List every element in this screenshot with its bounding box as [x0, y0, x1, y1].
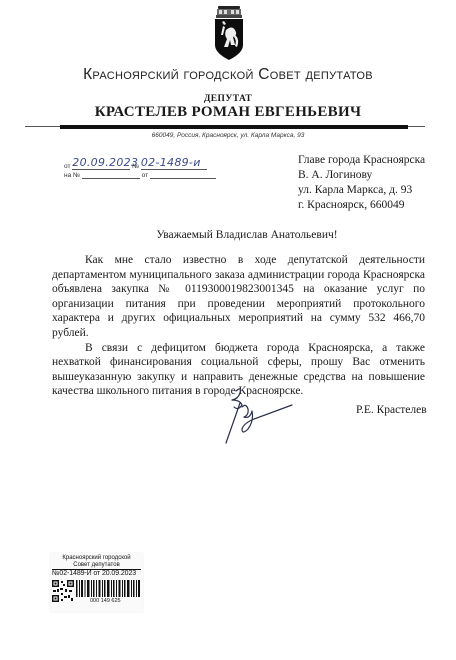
- from-label: от: [64, 163, 70, 170]
- deputy-name: КРАСТЕЛЕВ РОМАН ЕВГЕНЬЕВИЧ: [0, 104, 456, 121]
- header-divider-thick: [60, 125, 408, 129]
- signer-name: Р.Е. Крастелев: [356, 404, 427, 416]
- date-field: 20.09.2023: [72, 156, 130, 170]
- stamp-org-line: Совет депутатов: [50, 562, 143, 569]
- recipient-block: Главе города Красноярска В. А. Логинову …: [298, 153, 425, 213]
- reply-registration-line: на № от: [64, 170, 216, 179]
- stamp-registration-number: №02-1489-И от 20.09.2023: [52, 570, 136, 577]
- number-field: 02-1489-и: [141, 156, 207, 170]
- handwritten-date: 20.09.2023: [72, 156, 138, 169]
- recipient-line: В. А. Логинову: [298, 168, 425, 183]
- greeting: Уважаемый Владислав Анатольевич!: [0, 229, 456, 241]
- reply-date-field: [150, 170, 216, 179]
- signature-icon: [222, 385, 297, 447]
- paragraph: Как мне стало известно в ходе депутатско…: [52, 253, 425, 341]
- recipient-line: Главе города Красноярска: [298, 153, 425, 168]
- letter-body: Как мне стало известно в ходе депутатско…: [52, 253, 425, 399]
- stamp-org-line: Красноярский городской: [50, 555, 143, 562]
- reply-from-label: от: [142, 172, 148, 179]
- stamp-org: Красноярский городской Совет депутатов: [50, 555, 143, 569]
- recipient-line: г. Красноярск, 660049: [298, 198, 425, 213]
- deputy-label: ДЕПУТАТ: [0, 94, 456, 104]
- registration-stamp: Красноярский городской Совет депутатов №…: [50, 553, 143, 612]
- handwritten-number: 02-1489-и: [141, 156, 201, 169]
- coat-of-arms-icon: [211, 5, 247, 61]
- barcode-icon: [76, 580, 140, 597]
- qr-code-icon: [52, 580, 74, 602]
- number-label: №: [132, 163, 139, 170]
- reply-to-label: на №: [64, 172, 80, 179]
- outgoing-registration-line: от 20.09.2023 № 02-1489-и: [64, 156, 207, 170]
- letterhead-address: 660049, Россия, Красноярск, ул. Карла Ма…: [0, 132, 456, 139]
- recipient-line: ул. Карла Маркса, д. 93: [298, 183, 425, 198]
- council-name: Красноярский городской Совет депутатов: [0, 66, 456, 84]
- barcode-number: 000 149 625: [90, 598, 121, 604]
- reply-number-field: [82, 170, 140, 179]
